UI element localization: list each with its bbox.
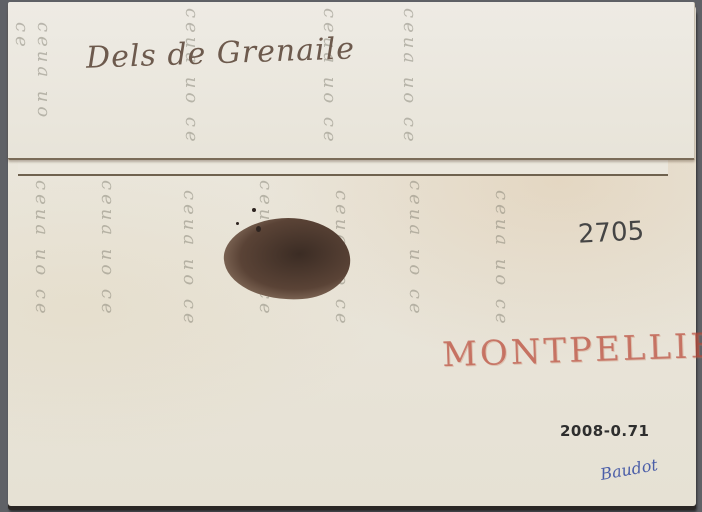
ink-speck <box>252 208 256 212</box>
ink-speck <box>236 222 239 225</box>
accession-number: 2008-0.71 <box>560 422 649 440</box>
bleed-through-text: ceua uo ce <box>318 8 340 148</box>
bleed-through-text: ceua uo ce <box>178 190 200 470</box>
catalog-number: 2705 <box>577 216 645 249</box>
bleed-through-text: ceua uo ce <box>180 8 202 148</box>
bleed-through-text: ceua uo ce <box>398 8 420 148</box>
bleed-through-text: ceua uo ce <box>404 180 426 480</box>
ink-speck <box>256 226 261 232</box>
bleed-through-text: ceua uo ce <box>32 22 54 142</box>
bleed-through-text: ceua uo ce <box>30 180 52 480</box>
top-flap: ceua uo ce ceua uo ce ceua uo ce ceua uo… <box>8 2 695 160</box>
bleed-through-text: ceua uo ce <box>96 180 118 480</box>
inner-fold <box>18 160 668 176</box>
